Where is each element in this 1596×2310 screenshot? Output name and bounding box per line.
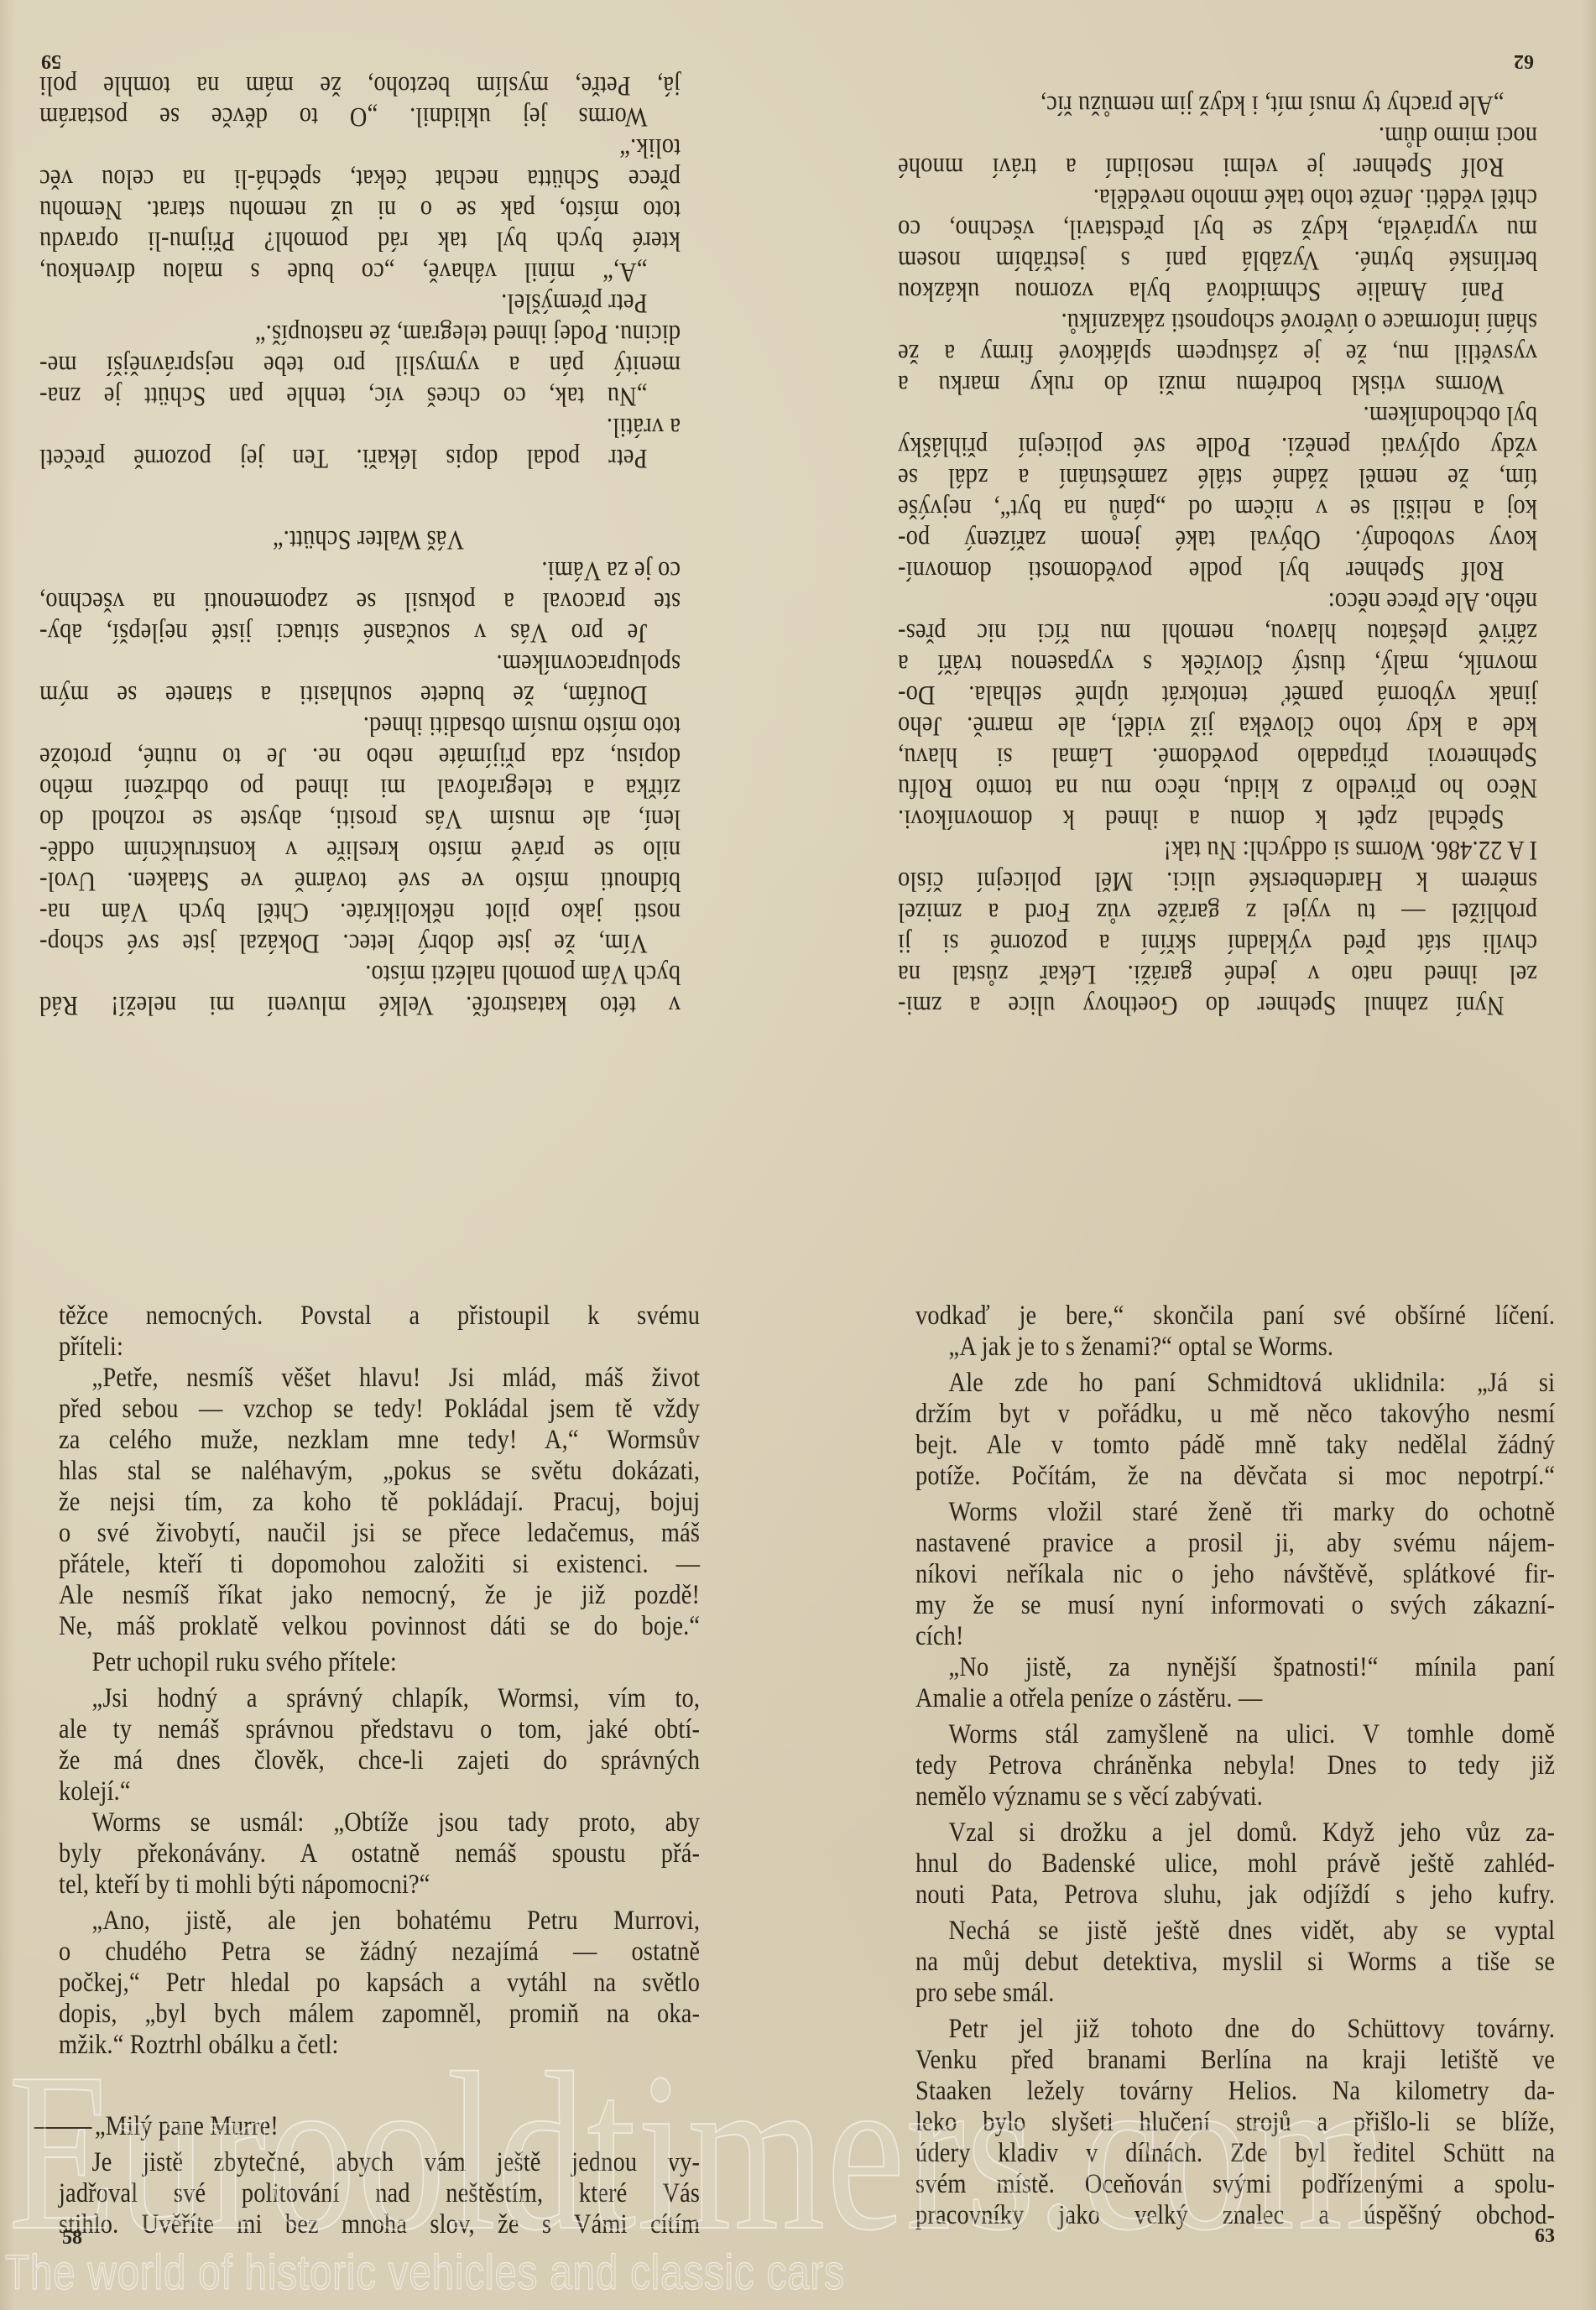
text-line: Petr přemýšlel.: [39, 287, 681, 318]
text-line: údery kladiv v dílnách. Zde byl ředitel …: [915, 2138, 1555, 2169]
text-line: kovy svobodný. Obýval také jenom zařízen…: [898, 524, 1537, 555]
text-line: bejt. Ale v tomto pádě mně taky nedělal …: [915, 1430, 1555, 1461]
text-line: Nechá se jistě ještě dnes vidět, aby se …: [915, 1916, 1555, 1947]
text-line: Rolf Spehner je velmi nesolidní a tráví …: [898, 151, 1537, 182]
text-line: Je jistě zbytečné, abych vám ještě jedno…: [59, 2147, 700, 2178]
text-line: Worms vtiskl bodrému muži do ruky marku …: [898, 368, 1537, 399]
upside-down-spread: Nyní zahnul Spehner do Goethovy ulice a …: [0, 0, 1596, 1155]
text-line: kde a kdy toho člověka již viděl, ale ma…: [898, 710, 1537, 741]
text-line: „Petře, nesmíš věšet hlavu! Jsi mlád, má…: [59, 1363, 700, 1394]
text-line: těžce nemocných. Povstal a přistoupil k …: [59, 1301, 700, 1332]
text-line: bídnouti místo ve své továrně ve Staaken…: [39, 865, 681, 896]
text-line: Nyní zahnul Spehner do Goethovy ulice a …: [898, 989, 1537, 1020]
text-line: Worms se usmál: „Obtíže jsou tady proto,…: [59, 1807, 700, 1838]
text-line: jinak výborná paměť tentokrát úplně selh…: [898, 679, 1537, 710]
text-line: svém místě. Oceňován svými podřízenými a…: [915, 2169, 1555, 2200]
page-62-text: Nyní zahnul Spehner do Goethovy ulice a …: [898, 89, 1537, 1020]
rule-mark: [34, 2127, 92, 2129]
text-line: toto místo musím obsaditi ihned.: [39, 710, 681, 741]
text-line: co je za Vámi.: [39, 555, 681, 586]
page-number: 59: [41, 50, 61, 72]
page-58-text: těžce nemocných. Povstal a přistoupil k …: [59, 1301, 700, 2240]
text-line: Ale zde ho paní Schmidtová uklidnila: „J…: [915, 1368, 1555, 1399]
text-line: dopisu, zda přijímáte nebo ne. Je to nut…: [39, 741, 681, 772]
text-line: které bych byl tak rád pomohl? Přijmu-li…: [39, 225, 681, 256]
text-line: my že se musí nyní informovati o svých z…: [915, 1590, 1555, 1621]
text-line: koj a nelišil se v ničem od „pánů na byt…: [898, 493, 1537, 524]
text-line: Paní Amalie Schmidtová byla vzornou ukáz…: [898, 275, 1537, 306]
text-line: ale ty nemáš správnou představu o tom, j…: [59, 1714, 700, 1745]
text-line: Amalie a otřela peníze o zástěru. —: [915, 1683, 1555, 1714]
page-63-text: vodkaď je bere,“ skončila paní své obšír…: [915, 1301, 1555, 2231]
text-line: pro sebe smál.: [915, 1978, 1555, 2009]
text-line: příteli:: [59, 1332, 700, 1363]
text-line: „Nu tak, co chceš víc, tenhle pan Schütt…: [39, 380, 681, 411]
text-line: jadřoval své politování nad neštěstím, k…: [59, 2178, 700, 2209]
text-line: bych Vám pomohl nalézti místo.: [39, 958, 681, 989]
text-line: hnul do Badenské ulice, mohl právě ještě…: [915, 1849, 1555, 1880]
text-line: mžik.“ Roztrhl obálku a četl:: [59, 2030, 700, 2061]
text-line: hlas stal se naléhavým, „pokus se světu …: [59, 1456, 700, 1487]
text-line: cích!: [915, 1621, 1555, 1652]
text-line: mu vyprávěla, když se byl představil, vš…: [898, 213, 1537, 244]
text-line: tel, kteří by ti mohli býti nápomocni?“: [59, 1869, 700, 1901]
text-line: Ale nesmíš říkat jako nemocný, že je již…: [59, 1580, 700, 1611]
text-line: berlínské bytné. Vyzáblá paní s jestřábí…: [898, 244, 1537, 275]
text-line: dicinu. Podej ihned telegram, že nastoup…: [39, 318, 681, 349]
text-line: nemělo významu se s věcí zabývati.: [915, 1781, 1555, 1812]
text-line: menitý pán a vymyslil pro tebe nejsprávn…: [39, 349, 681, 380]
text-line: Worms vložil staré ženě tři marky do och…: [915, 1497, 1555, 1528]
text-line: Doufám, že budete souhlasiti a stanete s…: [39, 679, 681, 710]
text-line: „Ano, jistě, ale jen bohatému Petru Murr…: [59, 1906, 700, 1937]
text-line: spolupracovníkem.: [39, 648, 681, 679]
text-line: Ne, máš proklatě velkou povinnost dáti s…: [59, 1611, 700, 1642]
text-line: před sebou — vzchop se tedy! Pokládal js…: [59, 1394, 700, 1425]
text-line: o chudého Petra se žádný nezajímá — osta…: [59, 1937, 700, 1968]
text-line: chvíli stát před výkladní skříní a pozor…: [898, 927, 1537, 958]
text-line: „No jistě, za nynější špatnosti!“ mínila…: [915, 1652, 1555, 1683]
text-line: byly překonávány. A ostatně nemáš spoust…: [59, 1838, 700, 1869]
text-line: tolik.“: [39, 132, 681, 163]
text-line: Venku před branami Berlína na kraji leti…: [915, 2045, 1555, 2076]
text-line: noci mimo dům.: [898, 120, 1537, 151]
text-line: lení, ale musím Vás prositi, abyste se r…: [39, 803, 681, 834]
text-line: prohlížel — tu vyjel z garáže vůz Ford a…: [898, 896, 1537, 927]
text-line: zítřka a telegrafoval mi ihned po obdrže…: [39, 772, 681, 803]
text-line: a vrátil.: [39, 411, 681, 442]
letter-salutation: „Milý pane Murre!: [59, 2111, 700, 2142]
text-line: níkovi neříkala nic o jeho návštěvě, spl…: [915, 1559, 1555, 1590]
text-line: přece Schütta nechat čekat, spěchá-li na…: [39, 163, 681, 194]
text-line: byl obchodníkem.: [898, 399, 1537, 430]
text-line: I A 22.486. Worms si oddychl: Nu tak!: [898, 834, 1537, 865]
text-line: Je pro Vás v současné situaci jistě nejl…: [39, 617, 681, 648]
text-line: pracovníky jako velký znalec a úspěšný o…: [915, 2200, 1555, 2231]
text-line: Vím, že jste dobrý letec. Dokázal jste s…: [39, 927, 681, 958]
text-line: leko bylo slyšeti hlučení strojů a přišl…: [915, 2107, 1555, 2138]
text-line: stihlo. Uvěříte mi bez mnoha slov, že s …: [59, 2209, 700, 2240]
text-line: zel ihned nato v jedné garáži. Lékař zůs…: [898, 958, 1537, 989]
text-line: movník, malý, tlustý človíček s vypaseno…: [898, 648, 1537, 679]
text-line: kolejí.“: [59, 1776, 700, 1807]
page-58: těžce nemocných. Povstal a přistoupil k …: [0, 1155, 798, 2310]
text-line: počkej,“ Petr hledal po kapsách a vytáhl…: [59, 1968, 700, 1999]
text-line: zářivě plešatou hlavou, nemohl mu říci n…: [898, 617, 1537, 648]
text-line: tím, že neměl žádné stálé zaměstnání a z…: [898, 461, 1537, 493]
text-line: za celého muže, nezklam mne tedy! A,“ Wo…: [59, 1425, 700, 1456]
text-line: „A,“ mínil váhavě, „co bude s malou díve…: [39, 256, 681, 287]
letter-signature: Váš Walter Schütt.“: [39, 524, 681, 555]
text-line: Worms stál zamyšleně na ulici. V tomhle …: [915, 1719, 1555, 1750]
text-line: Rolf Spehner byl podle povědomosti domov…: [898, 555, 1537, 586]
text-line: ného. Ale přece něco:: [898, 586, 1537, 617]
page-59: v této katastrofě. Velké mluvení mi nele…: [0, 0, 798, 1155]
text-line: Petr jel již tohoto dne do Schüttovy tov…: [915, 2014, 1555, 2045]
page-59-text: v této katastrofě. Velké mluvení mi nele…: [39, 70, 681, 1020]
text-line: na můj debut detektiva, myslil si Worms …: [915, 1947, 1555, 1978]
text-line: nouti Pata, Petrova sluhu, jak odjíždí s…: [915, 1880, 1555, 1911]
text-line: vysvětlil mu, že je zástupcem splátkové …: [898, 337, 1537, 368]
text-line: v této katastrofě. Velké mluvení mi nele…: [39, 989, 681, 1020]
text-line: Vzal si drožku a jel domů. Když jeho vůz…: [915, 1817, 1555, 1849]
page-number: 58: [62, 2227, 82, 2250]
text-line: přátele, kteří ti dopomohou založiti si …: [59, 1549, 700, 1580]
text-line: že nejsi tím, za koho tě pokládají. Prac…: [59, 1487, 700, 1518]
text-line: nosti jako pilot několikráte. Chtěl bych…: [39, 896, 681, 927]
text-line: Spěchal zpět k domu a ihned k domovníkov…: [898, 803, 1537, 834]
text-line: Petr podal dopis lékaři. Ten jej pozorně…: [39, 442, 681, 473]
text-line: nilo se právě místo kresliře v konstrukč…: [39, 834, 681, 865]
text-line: „A jak je to s ženami?“ optal se Worms.: [915, 1332, 1555, 1363]
text-line: chtěl věděti. Jenže toho také mnoho nevě…: [898, 182, 1537, 213]
page-number: 62: [1514, 50, 1534, 72]
page-62: Nyní zahnul Spehner do Goethovy ulice a …: [798, 0, 1596, 1155]
page-63: vodkaď je bere,“ skončila paní své obšír…: [798, 1155, 1596, 2310]
text-line: o své živobytí, naučil jsi se přece leda…: [59, 1518, 700, 1549]
page-number: 63: [1535, 2225, 1555, 2248]
text-line: tedy Petrova chráněnka nebyla! Dnes to t…: [915, 1750, 1555, 1781]
text-line: toto místo, pak se o ni už nemohu starat…: [39, 194, 681, 225]
text-line: vodkaď je bere,“ skončila paní své obšír…: [915, 1301, 1555, 1332]
text-line: Petr uchopil ruku svého přítele:: [59, 1647, 700, 1678]
upright-spread: těžce nemocných. Povstal a přistoupil k …: [0, 1155, 1596, 2310]
text-line: Worms jej uklidnil. „O to děvče se posta…: [39, 101, 681, 132]
text-line: shání informace o úvěrové schopnosti zák…: [898, 306, 1537, 337]
text-line: ste pracoval a pokusil se zapomenouti na…: [39, 586, 681, 617]
text-line: já, Petře, myslím beztoho, že mám na tom…: [39, 70, 681, 101]
text-line: Spehnerovi připadalo povědomé. Lámal si …: [898, 741, 1537, 772]
text-line: držím byt v pořádku, u mě něco takovýho …: [915, 1399, 1555, 1430]
text-line: Něco ho přivedlo z klidu, něco mu na tom…: [898, 772, 1537, 803]
text-line: potíže. Počítám, že na děvčata si moc ne…: [915, 1461, 1555, 1492]
text-line: vždy oplývati penězi. Podle své policejn…: [898, 430, 1537, 461]
text-line: že má dnes člověk, chce-li zajeti do spr…: [59, 1745, 700, 1776]
text-line: dopis, „byl bych málem zapomněl, promiň …: [59, 1999, 700, 2030]
text-line: směrem k Hardenberské ulici. Měl policej…: [898, 865, 1537, 896]
text-line: „Ale prachy ty musí mít, i když jim nemů…: [898, 89, 1537, 120]
text-line: nastavené pravice a prosil ji, aby svému…: [915, 1528, 1555, 1559]
text-line: „Jsi hodný a správný chlapík, Wormsi, ví…: [59, 1683, 700, 1714]
text-line: Staaken ležely továrny Helios. Na kilome…: [915, 2076, 1555, 2107]
